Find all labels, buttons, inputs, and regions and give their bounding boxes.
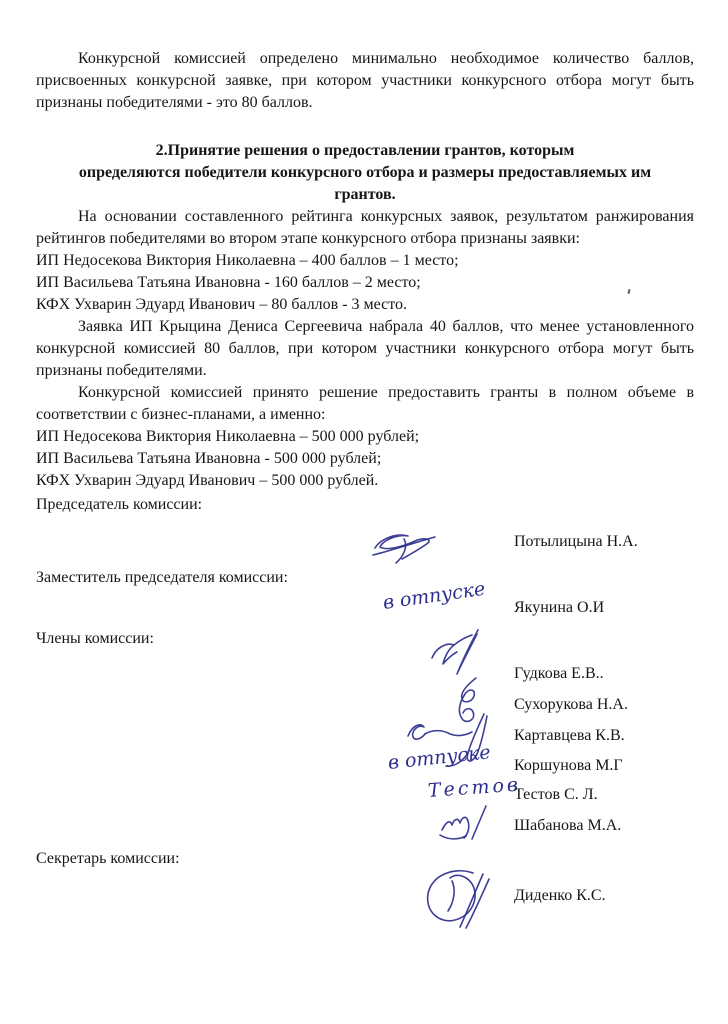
grant-line: КФХ Ухварин Эдуард Иванович – 500 000 ру… bbox=[36, 470, 694, 492]
signature-didenko bbox=[421, 864, 497, 934]
paragraph-grant-decision: Конкурсной комиссией принято решение пре… bbox=[36, 382, 694, 426]
chairman-name: Потылицына Н.А. bbox=[514, 533, 638, 551]
paragraph-krytsin-application: Заявка ИП Крыцина Дениса Сергеевича набр… bbox=[36, 316, 694, 382]
deputy-vacation-note: в отпуске bbox=[381, 578, 486, 614]
chairman-label: Председатель комиссии: bbox=[36, 496, 202, 514]
ranking-line: ИП Недосекова Виктория Николаевна – 400 … bbox=[36, 250, 694, 272]
member-handwritten-signature-testov: Тестов bbox=[427, 774, 521, 802]
grant-list: ИП Недосекова Виктория Николаевна – 500 … bbox=[36, 426, 694, 492]
deputy-chairman-name: Якунина О.И bbox=[514, 599, 604, 617]
member-name: Коршунова М.Г bbox=[514, 757, 623, 775]
grant-line: ИП Васильева Татьяна Ивановна - 500 000 … bbox=[36, 448, 694, 470]
signature-potylitsyna bbox=[371, 529, 437, 565]
document-page: Конкурсной комиссией определено минималь… bbox=[0, 0, 728, 1024]
paragraph-min-score: Конкурсной комиссией определено минималь… bbox=[36, 48, 694, 114]
secretary-label: Секретарь комиссии: bbox=[36, 850, 180, 868]
section-heading-line: определяются победители конкурсного отбо… bbox=[36, 162, 694, 184]
members-label: Члены комиссии: bbox=[36, 630, 154, 648]
ranking-list: ИП Недосекова Виктория Николаевна – 400 … bbox=[36, 250, 694, 316]
member-name: Гудкова Е.В.. bbox=[514, 665, 604, 683]
member-name: Сухорукова Н.А. bbox=[514, 696, 628, 714]
document-body: Конкурсной комиссией определено минималь… bbox=[36, 48, 694, 492]
member-name: Шабанова М.А. bbox=[514, 817, 621, 835]
grant-line: ИП Недосекова Виктория Николаевна – 500 … bbox=[36, 426, 694, 448]
section-heading: 2.Принятие решения о предоставлении гран… bbox=[36, 140, 694, 206]
member-name: Тестов С. Л. bbox=[514, 786, 598, 804]
signature-shabanova bbox=[437, 802, 491, 844]
signature-gudkova bbox=[426, 628, 484, 680]
deputy-chairman-label: Заместитель председателя комиссии: bbox=[36, 569, 288, 587]
section-heading-line: грантов. bbox=[36, 184, 694, 206]
paragraph-rating-basis: На основании составленного рейтинга конк… bbox=[36, 206, 694, 250]
section-heading-line: 2.Принятие решения о предоставлении гран… bbox=[36, 140, 694, 162]
member-name: Картавцева К.В. bbox=[514, 727, 625, 745]
ranking-line: ИП Васильева Татьяна Ивановна - 160 балл… bbox=[36, 272, 694, 294]
secretary-name: Диденко К.С. bbox=[514, 887, 606, 905]
ranking-line: КФХ Ухварин Эдуард Иванович – 80 баллов … bbox=[36, 294, 694, 316]
